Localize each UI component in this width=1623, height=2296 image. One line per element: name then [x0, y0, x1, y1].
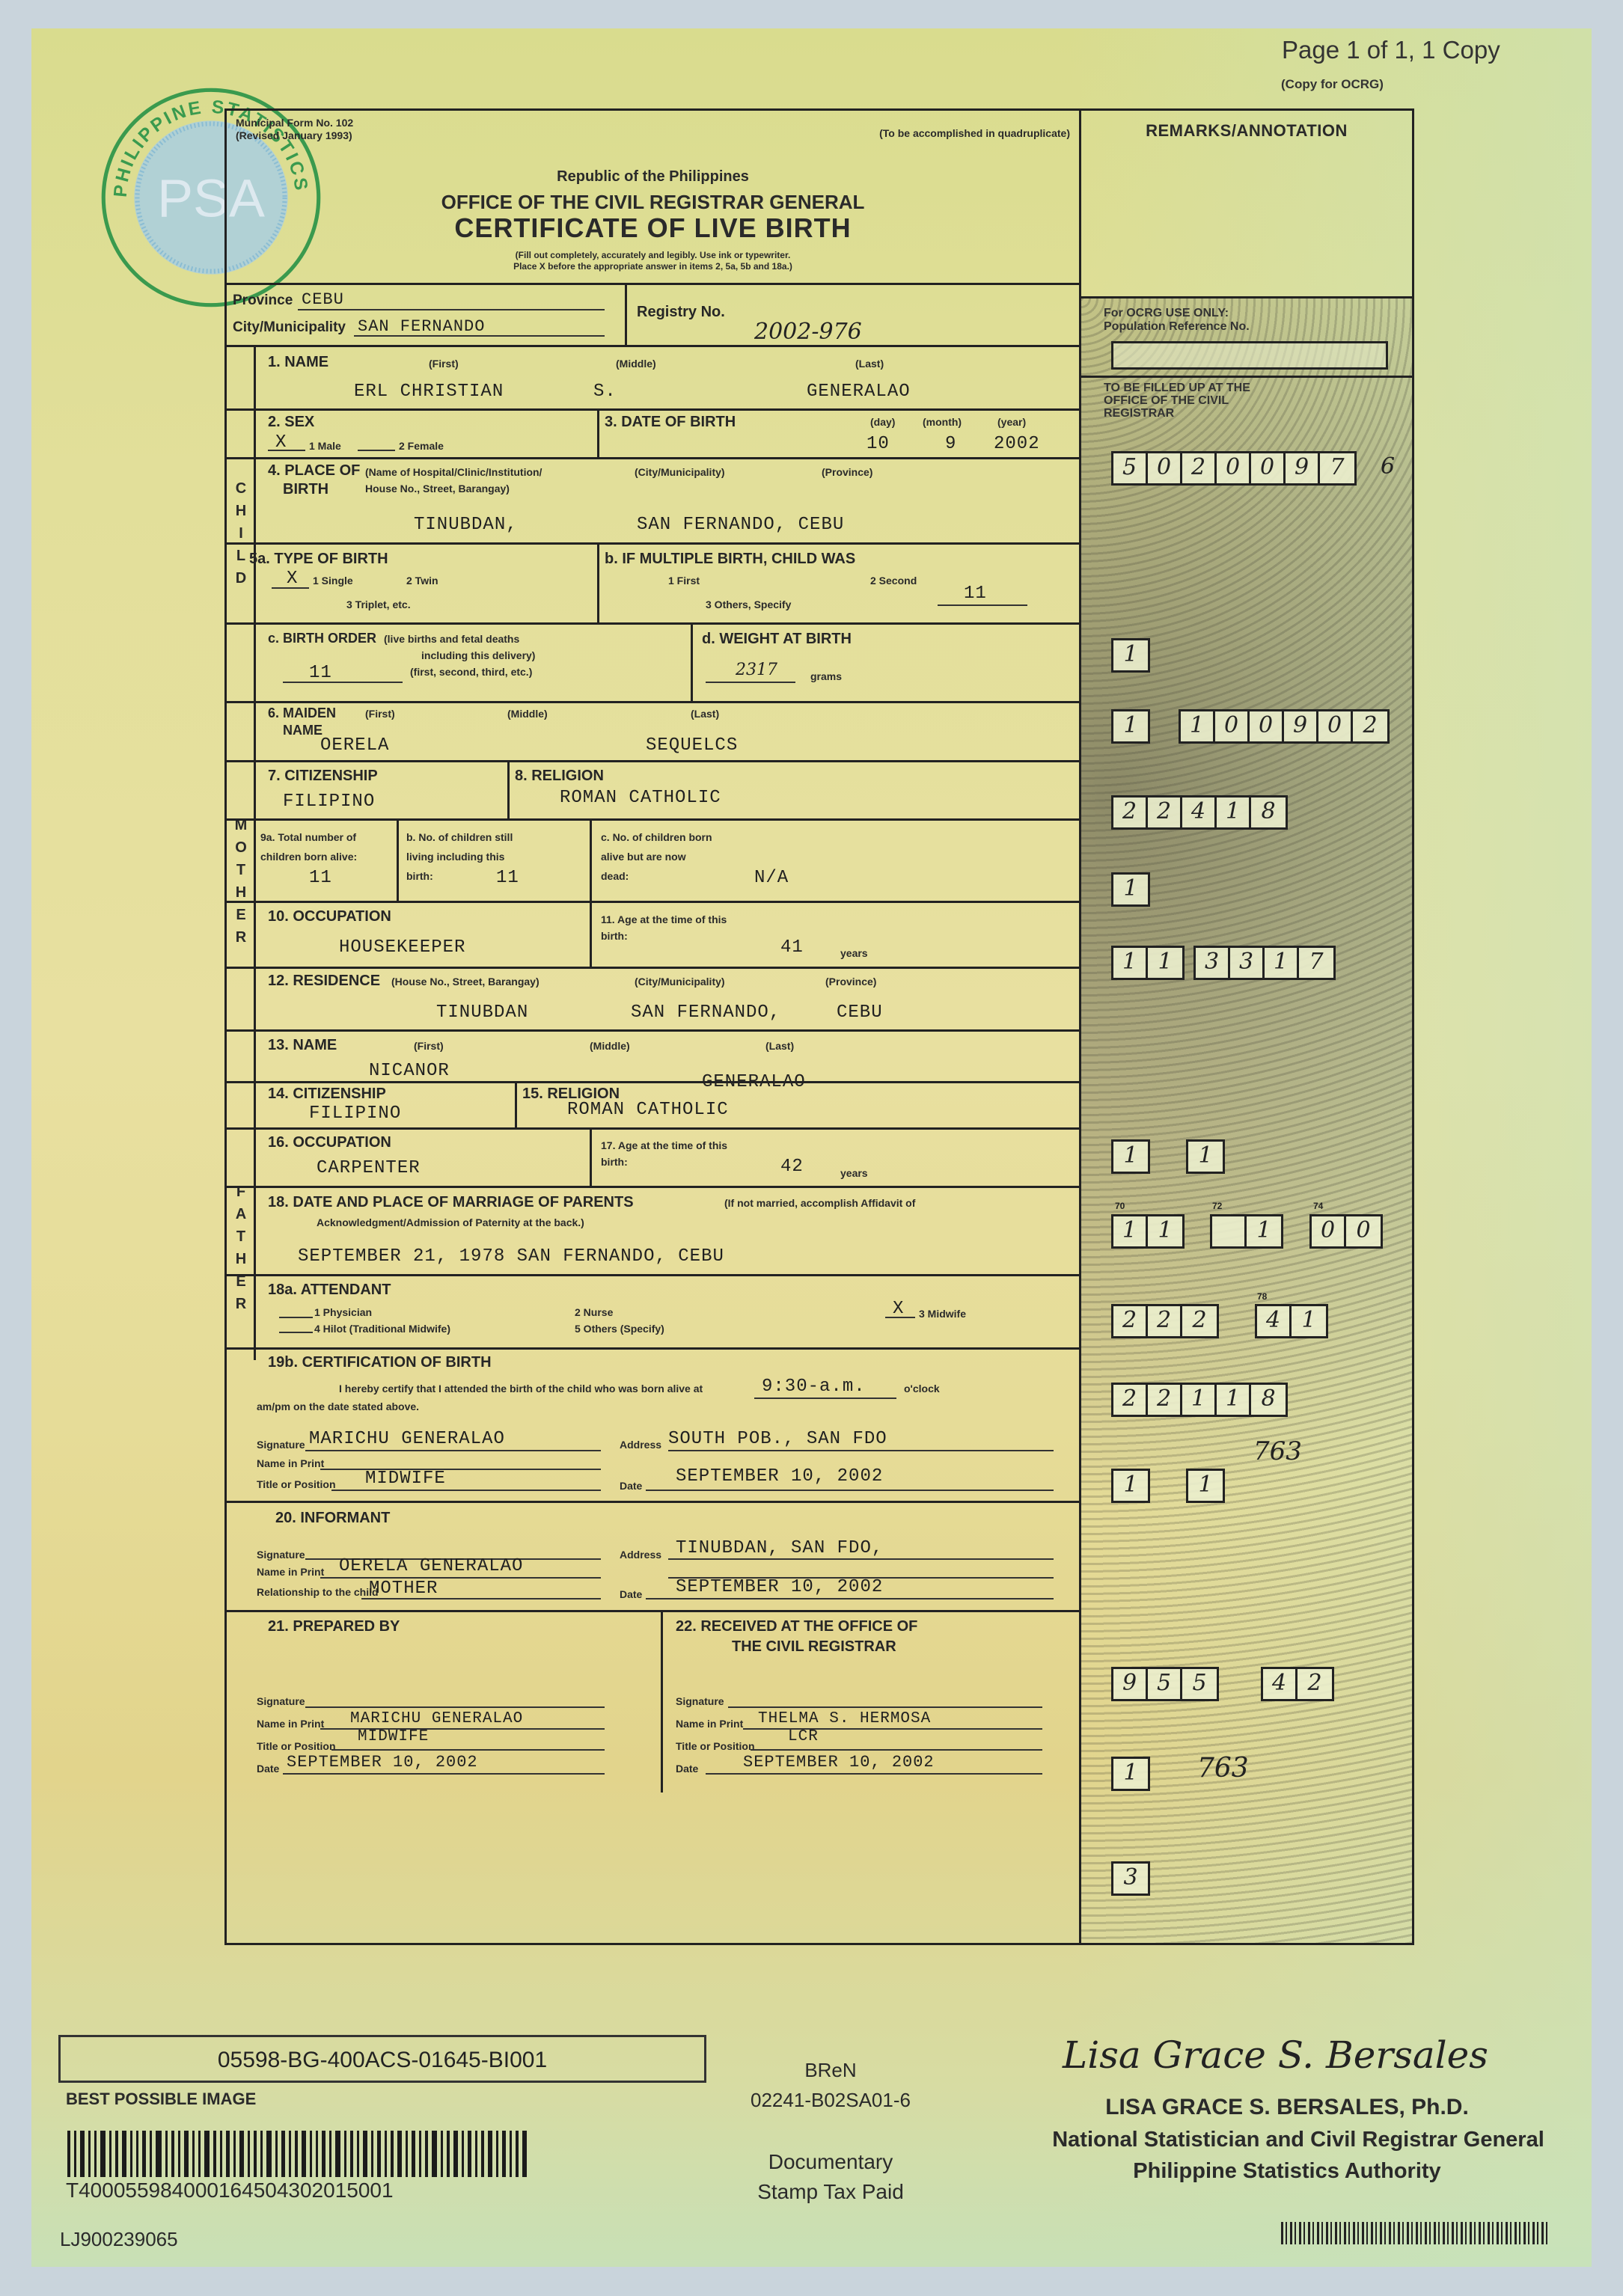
barcode-icon	[67, 2131, 655, 2177]
divider	[590, 901, 592, 967]
relationship-label: Relationship to the child	[257, 1586, 379, 1598]
handwritten-code: 763	[1253, 1436, 1302, 1466]
marriage-note: (If not married, accomplish Affidavit of	[724, 1197, 915, 1209]
signature-label: Signature	[257, 1439, 305, 1451]
mother-citizenship: FILIPINO	[283, 792, 375, 812]
underline	[298, 309, 605, 310]
code-box-number: 74	[1313, 1201, 1323, 1211]
pob-place-value: TINUBDAN,	[414, 515, 518, 535]
underline	[728, 1706, 1042, 1708]
code-box: 1	[1111, 709, 1150, 744]
underline	[361, 1598, 601, 1599]
attendant-midwife-mark: X	[893, 1299, 904, 1319]
divider	[227, 1029, 1079, 1032]
divider	[227, 1347, 1079, 1350]
code-box: 1	[1111, 1757, 1150, 1791]
date-label: Date	[676, 1763, 698, 1775]
weight-label: d. WEIGHT AT BIRTH	[702, 631, 852, 648]
underline	[305, 1450, 601, 1451]
certificate-form: Municipal Form No. 102 (Revised January …	[224, 108, 1081, 1945]
divider	[625, 283, 627, 345]
birth-type-single-mark: X	[287, 569, 298, 589]
code-box: 1	[1111, 638, 1150, 673]
certification-address: SOUTH POB., SAN FDO	[668, 1429, 887, 1449]
dead-value: N/A	[754, 868, 789, 888]
name-in-print-label: Name in Print	[257, 1457, 324, 1469]
attendant-hilot: 4 Hilot (Traditional Midwife)	[314, 1323, 450, 1335]
first-name-header: (First)	[365, 708, 395, 720]
title-position-label: Title or Position	[257, 1478, 336, 1490]
mother-last-name: SEQUELCS	[646, 735, 738, 756]
birth-type-single: 1 Single	[313, 575, 353, 587]
divider	[227, 760, 1079, 762]
child-name-label: 1. NAME	[268, 354, 328, 371]
sex-label: 2. SEX	[268, 414, 314, 431]
code-box: 1	[1186, 1139, 1225, 1174]
multiple-others-value: 11	[964, 584, 987, 604]
section-father-label: FATHER	[230, 1181, 252, 1315]
code-box: 100902	[1179, 709, 1390, 744]
name-in-print-label: Name in Print	[257, 1566, 324, 1578]
mother-occupation: HOUSEKEEPER	[339, 937, 465, 958]
date-label: Date	[257, 1763, 279, 1775]
underline	[283, 1773, 605, 1775]
divider	[691, 622, 693, 701]
residence-house: TINUBDAN	[436, 1002, 528, 1023]
father-occupation-label: 16. OCCUPATION	[268, 1134, 391, 1151]
pob-label-2: BIRTH	[283, 481, 328, 498]
section-column-divider	[254, 345, 256, 1360]
maiden-name-label: 6. MAIDEN	[268, 705, 336, 721]
father-age: 42	[780, 1157, 804, 1177]
underline	[283, 682, 403, 683]
signature-label: Signature	[257, 1695, 305, 1707]
bren-code: 02241-B02SA01-6	[733, 2089, 928, 2112]
birth-type-label: 5a. TYPE OF BIRTH	[249, 551, 388, 568]
mother-citizenship-label: 7. CITIZENSHIP	[268, 768, 378, 785]
dob-label: 3. DATE OF BIRTH	[605, 414, 736, 431]
multiple-birth-label: b. IF MULTIPLE BIRTH, CHILD WAS	[605, 551, 855, 568]
mother-occupation-label: 10. OCCUPATION	[268, 908, 391, 925]
code-box: 1	[1210, 1214, 1283, 1249]
title-position-label: Title or Position	[257, 1740, 336, 1752]
code-box-number: 72	[1212, 1201, 1222, 1211]
code-box: 22118	[1111, 1383, 1288, 1417]
middle-name-header: (Middle)	[590, 1040, 630, 1052]
residence-house-header: (House No., Street, Barangay)	[391, 976, 540, 988]
year-header: (year)	[997, 416, 1026, 428]
code-box: 1	[1111, 872, 1150, 907]
multiple-others: 3 Others, Specify	[706, 599, 791, 610]
mother-age-label: 11. Age at the time of this birth:	[601, 911, 728, 944]
best-possible-image-label: BEST POSSIBLE IMAGE	[66, 2090, 256, 2109]
attendant-nurse: 2 Nurse	[575, 1306, 613, 1318]
divider	[227, 283, 1079, 285]
age-unit: years	[840, 1167, 868, 1179]
middle-name-header: (Middle)	[616, 358, 656, 370]
pob-institution-header-2: House No., Street, Barangay)	[365, 483, 510, 495]
received-by-name: THELMA S. HERMOSA	[758, 1710, 931, 1727]
control-number: LJ900239065	[60, 2228, 178, 2251]
divider	[227, 1274, 1079, 1276]
code-box: 00	[1309, 1214, 1383, 1249]
father-citizenship: FILIPINO	[309, 1103, 401, 1124]
code-box: 955	[1111, 1667, 1219, 1701]
code-box: 11	[1111, 1214, 1185, 1249]
province-value: CEBU	[302, 290, 344, 309]
population-reference-box	[1111, 341, 1388, 370]
copy-for-label: (Copy for OCRG)	[1281, 77, 1384, 92]
divider	[227, 1127, 1079, 1130]
code-box: 11	[1111, 946, 1185, 980]
underline	[706, 1773, 1042, 1775]
multiple-second: 2 Second	[870, 575, 917, 587]
code-box: 41	[1255, 1304, 1328, 1338]
sex-male-option: 1 Male	[309, 440, 341, 452]
divider	[1081, 376, 1412, 378]
certification-signature: MARICHU GENERALAO	[309, 1429, 505, 1449]
child-last-name: GENERALAO	[807, 382, 911, 402]
attendant-label: 18a. ATTENDANT	[268, 1282, 391, 1299]
divider	[227, 1081, 1079, 1083]
name-in-print-label: Name in Print	[257, 1718, 324, 1730]
divider	[507, 760, 510, 818]
dob-year: 2002	[994, 434, 1040, 454]
marriage-note-2: Acknowledgment/Admission of Paternity at…	[317, 1216, 584, 1228]
informant-address: TINUBDAN, SAN FDO,	[676, 1538, 883, 1558]
divider	[227, 457, 1079, 459]
residence-label: 12. RESIDENCE	[268, 973, 380, 990]
form-instructions: (Fill out completely, accurately and leg…	[227, 250, 1079, 272]
underline	[646, 1490, 1054, 1491]
code-box: 42	[1261, 1667, 1334, 1701]
underline	[706, 682, 795, 683]
birth-type-triplet: 3 Triplet, etc.	[346, 599, 411, 610]
republic-label: Republic of the Philippines	[227, 168, 1079, 186]
divider	[227, 967, 1079, 969]
certification-text-3: am/pm on the date stated above.	[257, 1400, 419, 1412]
dead-label: c. No. of children born alive but are no…	[601, 827, 713, 886]
barcode-number: T400055984000164504302015001	[66, 2179, 394, 2202]
residence-city-header: (City/Municipality)	[635, 976, 725, 988]
divider	[227, 901, 1079, 903]
code-box: 3	[1111, 1861, 1150, 1896]
signatory-name: LISA GRACE S. BERSALES, Ph.D.	[1025, 2095, 1549, 2120]
name-in-print-label: Name in Print	[676, 1718, 743, 1730]
attendant-physician: 1 Physician	[314, 1306, 372, 1318]
mother-first-name: OERELA	[320, 735, 389, 756]
documentary-stamp-tax: Documentary Stamp Tax Paid	[718, 2147, 943, 2207]
first-name-header: (First)	[414, 1040, 444, 1052]
attendant-others: 5 Others (Specify)	[575, 1323, 664, 1335]
pob-city-header: (City/Municipality)	[635, 466, 725, 478]
age-unit: years	[840, 947, 868, 959]
code-box: 1	[1111, 1469, 1150, 1503]
received-by-title: LCR	[788, 1728, 819, 1745]
title-position-label: Title or Position	[676, 1740, 755, 1752]
date-label: Date	[620, 1480, 642, 1492]
code-box-number: 78	[1257, 1291, 1267, 1302]
code-box: 1	[1186, 1469, 1225, 1503]
pob-province-header: (Province)	[822, 466, 872, 478]
underline	[354, 335, 605, 337]
quadruplicate-note: (To be accomplished in quadruplicate)	[879, 127, 1070, 139]
marriage-value: SEPTEMBER 21, 1978 SAN FERNANDO, CEBU	[298, 1246, 724, 1267]
mother-religion: ROMAN CATHOLIC	[560, 788, 721, 808]
prepared-by-label: 21. PREPARED BY	[268, 1618, 400, 1635]
underline	[268, 450, 305, 451]
child-first-name: ERL CHRISTIAN	[354, 382, 504, 402]
certification-oclock: o'clock	[904, 1383, 940, 1395]
pob-institution-header: (Name of Hospital/Clinic/Institution/	[365, 466, 542, 478]
father-first-name: NICANOR	[369, 1061, 450, 1081]
divider	[227, 622, 1079, 625]
multiple-first: 1 First	[668, 575, 700, 587]
prepared-by-name: MARICHU GENERALAO	[350, 1710, 523, 1727]
first-name-header: (First)	[429, 358, 459, 370]
maiden-name-label-2: NAME	[283, 723, 323, 738]
residence-province-header: (Province)	[825, 976, 876, 988]
underline	[668, 1450, 1054, 1451]
received-label-2: THE CIVIL REGISTRAR	[732, 1638, 896, 1656]
underline	[751, 1749, 1042, 1751]
registrar-signature: Lisa Grace S. Bersales	[1063, 2033, 1488, 2077]
father-citizenship-label: 14. CITIZENSHIP	[268, 1086, 386, 1103]
birth-order-sub-2: including this delivery)	[421, 649, 535, 661]
underline	[885, 1317, 915, 1318]
received-label: 22. RECEIVED AT THE OFFICE OF	[676, 1618, 917, 1635]
bren-label: BReN	[763, 2059, 898, 2082]
divider	[227, 345, 1079, 347]
underline	[938, 604, 1027, 606]
certification-time: 9:30-a.m.	[762, 1377, 866, 1397]
form-number: Municipal Form No. 102 (Revised January …	[236, 117, 353, 142]
underline	[331, 1749, 605, 1751]
divider	[227, 818, 1079, 821]
underline	[668, 1558, 1054, 1560]
underline	[272, 587, 309, 589]
birth-order-sub: (live births and fetal deaths	[384, 633, 519, 645]
city-label: City/Municipality	[233, 319, 346, 336]
prepared-by-title: MIDWIFE	[358, 1728, 429, 1745]
middle-name-header: (Middle)	[507, 708, 548, 720]
remarks-title: REMARKS/ANNOTATION	[1081, 121, 1412, 141]
month-header: (month)	[923, 416, 962, 428]
divider	[515, 1081, 517, 1127]
divider	[590, 1127, 592, 1186]
underline	[331, 1490, 601, 1491]
residence-province: CEBU	[837, 1002, 883, 1023]
birth-order-sub-3: (first, second, third, etc.)	[410, 666, 532, 678]
address-label: Address	[620, 1439, 661, 1451]
divider	[227, 542, 1079, 545]
last-name-header: (Last)	[691, 708, 719, 720]
last-name-header: (Last)	[765, 1040, 794, 1052]
last-name-header: (Last)	[855, 358, 884, 370]
residence-city: SAN FERNANDO,	[631, 1002, 780, 1023]
father-name-label: 13. NAME	[268, 1037, 337, 1054]
page-info: Page 1 of 1, 1 Copy	[1282, 36, 1500, 64]
underline	[754, 1398, 896, 1399]
father-age-label: 17. Age at the time of this birth:	[601, 1137, 728, 1170]
informant-date: SEPTEMBER 10, 2002	[676, 1577, 883, 1597]
code-box-number: 70	[1115, 1201, 1125, 1211]
document-code-box: 05598-BG-400ACS-01645-BI001	[58, 2035, 706, 2083]
total-born-label: 9a. Total number of children born alive:	[260, 827, 373, 866]
pob-label: 4. PLACE OF	[268, 462, 360, 480]
underline	[320, 1469, 601, 1470]
certification-label: 19b. CERTIFICATION OF BIRTH	[268, 1354, 492, 1371]
divider	[227, 701, 1079, 703]
code-box-registry: 5020097	[1111, 451, 1357, 486]
divider	[227, 408, 1079, 411]
section-mother-label: MOTHER	[230, 814, 252, 949]
total-born-value: 11	[309, 868, 332, 888]
dob-month: 9	[945, 434, 956, 454]
signature-label: Signature	[257, 1549, 305, 1561]
signature-label: Signature	[676, 1695, 724, 1707]
underline	[358, 450, 395, 451]
divider	[227, 1186, 1079, 1188]
divider	[597, 408, 599, 457]
certificate-title: CERTIFICATE OF LIVE BIRTH	[227, 212, 1079, 244]
birth-type-twin: 2 Twin	[406, 575, 438, 587]
divider	[397, 818, 399, 901]
code-box: 222	[1111, 1304, 1219, 1338]
divider	[227, 1501, 1079, 1503]
signatory-title: National Statistician and Civil Registra…	[1025, 2128, 1571, 2152]
mini-barcode-icon	[1281, 2222, 1550, 2244]
section-child-label: CHILD	[230, 477, 252, 590]
father-occupation: CARPENTER	[317, 1158, 421, 1178]
address-label: Address	[620, 1549, 661, 1561]
divider	[661, 1610, 663, 1793]
code-box: 22418	[1111, 795, 1288, 830]
signatory-organization: Philippine Statistics Authority	[1025, 2159, 1549, 2184]
received-by-date: SEPTEMBER 10, 2002	[743, 1753, 935, 1772]
divider	[590, 818, 592, 901]
certification-date: SEPTEMBER 10, 2002	[676, 1466, 883, 1487]
child-middle-name: S.	[593, 382, 617, 402]
city-value: SAN FERNANDO	[358, 317, 485, 336]
underline	[320, 1577, 601, 1579]
marriage-label: 18. DATE AND PLACE OF MARRIAGE OF PARENT…	[268, 1194, 634, 1211]
weight-value: 2317	[736, 661, 777, 679]
handwritten-code: 763	[1197, 1753, 1249, 1784]
underline	[646, 1598, 1054, 1599]
divider	[227, 1610, 1079, 1612]
prepared-by-date: SEPTEMBER 10, 2002	[287, 1753, 478, 1772]
informant-name: OERELA GENERALAO	[339, 1556, 523, 1576]
father-religion: ROMAN CATHOLIC	[567, 1100, 729, 1120]
birth-order-label: c. BIRTH ORDER	[268, 631, 376, 646]
weight-unit: grams	[810, 670, 842, 682]
document-code: 05598-BG-400ACS-01645-BI001	[61, 2048, 704, 2073]
pob-city-province-value: SAN FERNANDO, CEBU	[637, 515, 844, 535]
ocrg-use-label: For OCRG USE ONLY: Population Reference …	[1104, 307, 1250, 334]
to-be-filled-label: TO BE FILLED UP AT THE OFFICE OF THE CIV…	[1104, 382, 1250, 420]
birth-order-value: 11	[309, 663, 332, 683]
registry-label: Registry No.	[637, 304, 725, 321]
day-header: (day)	[870, 416, 895, 428]
certification-title: MIDWIFE	[365, 1469, 446, 1489]
office-label: OFFICE OF THE CIVIL REGISTRAR GENERAL	[227, 191, 1079, 214]
living-value: 11	[496, 868, 519, 888]
dob-day: 10	[866, 434, 890, 454]
underline	[279, 1317, 313, 1318]
underline	[305, 1706, 605, 1708]
informant-relationship: MOTHER	[369, 1579, 438, 1599]
province-label: Province	[233, 293, 293, 309]
attendant-midwife: 3 Midwife	[919, 1308, 966, 1320]
divider	[597, 542, 599, 622]
registry-number: 2002-976	[754, 319, 862, 345]
mother-age: 41	[780, 937, 804, 958]
code-extra-digit: 6	[1381, 453, 1395, 480]
underline	[279, 1332, 313, 1333]
sex-female-option: 2 Female	[399, 440, 444, 452]
remarks-panel: REMARKS/ANNOTATION For OCRG USE ONLY: Po…	[1081, 108, 1414, 1945]
informant-label: 20. INFORMANT	[275, 1510, 390, 1527]
code-box: 1	[1111, 1139, 1150, 1174]
code-box: 3317	[1193, 946, 1336, 980]
date-label: Date	[620, 1588, 642, 1600]
certification-text: I hereby certify that I attended the bir…	[339, 1383, 703, 1395]
mother-religion-label: 8. RELIGION	[515, 768, 604, 785]
